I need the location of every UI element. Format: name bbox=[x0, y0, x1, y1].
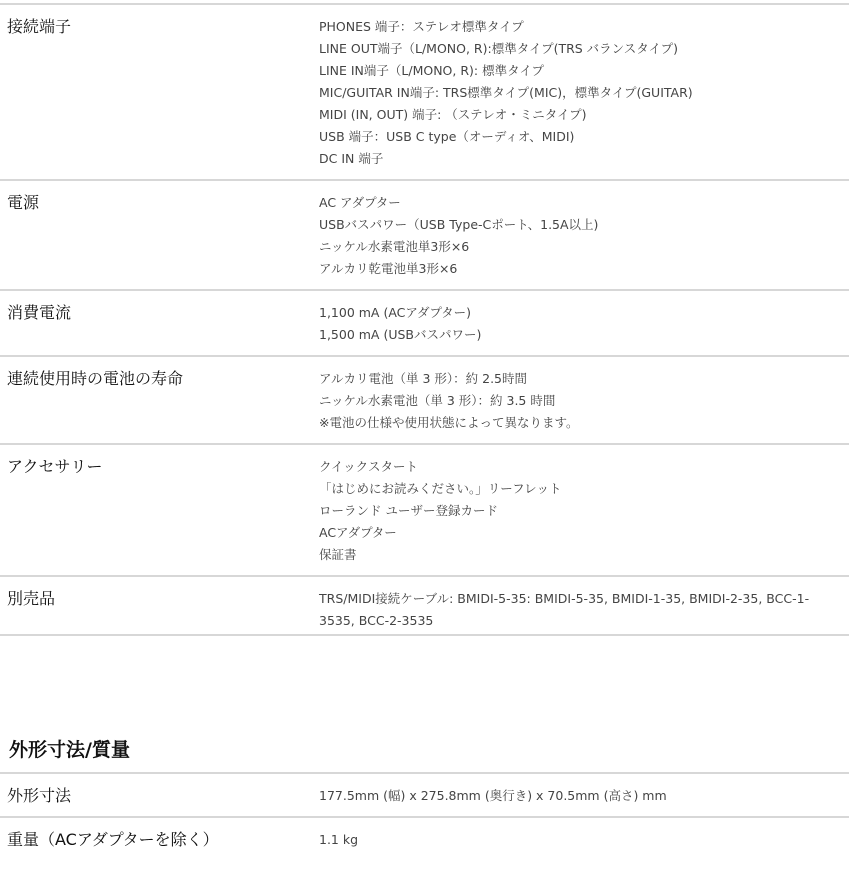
spec-value: ニッケル水素電池（単 3 形）：約 3.5 時間 bbox=[319, 390, 839, 412]
spec-row-current: 消費電流 1,100 mA (ACアダプター) 1,500 mA (USBバスパ… bbox=[0, 289, 849, 355]
spec-value: ACアダプター bbox=[319, 522, 839, 544]
spec-values: PHONES 端子：ステレオ標準タイプ LINE OUT端子（L/MONO, R… bbox=[319, 16, 839, 170]
spec-value: TRS/MIDI接続ケーブル: BMIDI-5-35: BMIDI-5-35, … bbox=[319, 588, 839, 632]
spec-value: DC IN 端子 bbox=[319, 148, 839, 170]
spec-values: 177.5mm (幅) x 275.8mm (奥行き) x 70.5mm (高さ… bbox=[319, 785, 839, 807]
spec-values: AC アダプター USBバスパワー（USB Type-Cポート、1.5A以上) … bbox=[319, 192, 839, 280]
spec-values: アルカリ電池（単 3 形）：約 2.5時間 ニッケル水素電池（単 3 形）：約 … bbox=[319, 368, 839, 434]
spec-value: アルカリ電池（単 3 形）：約 2.5時間 bbox=[319, 368, 839, 390]
spec-label: 外形寸法 bbox=[7, 785, 71, 807]
spec-row-dimensions: 外形寸法 177.5mm (幅) x 275.8mm (奥行き) x 70.5m… bbox=[0, 772, 849, 816]
spec-value: ローランド ユーザー登録カード bbox=[319, 500, 839, 522]
spec-value: 1.1 kg bbox=[319, 829, 839, 851]
spec-value: LINE IN端子（L/MONO, R): 標準タイプ bbox=[319, 60, 839, 82]
spec-values: 1,100 mA (ACアダプター) 1,500 mA (USBバスパワー) bbox=[319, 302, 839, 346]
spec-row-weight: 重量（ACアダプターを除く） 1.1 kg bbox=[0, 816, 849, 866]
spec-label: 接続端子 bbox=[7, 16, 71, 38]
spec-value: 「はじめにお読みください。」リーフレット bbox=[319, 478, 839, 500]
spec-values: TRS/MIDI接続ケーブル: BMIDI-5-35: BMIDI-5-35, … bbox=[319, 588, 839, 632]
spec-value: クイックスタート bbox=[319, 456, 839, 478]
section-title-dimensions: 外形寸法/質量 bbox=[9, 735, 130, 762]
spec-value: PHONES 端子：ステレオ標準タイプ bbox=[319, 16, 839, 38]
spec-label: 別売品 bbox=[7, 588, 55, 610]
spec-value: AC アダプター bbox=[319, 192, 839, 214]
spec-label: 消費電流 bbox=[7, 302, 71, 324]
spec-value: USBバスパワー（USB Type-Cポート、1.5A以上) bbox=[319, 214, 839, 236]
spec-row-battery-life: 連続使用時の電池の寿命 アルカリ電池（単 3 形）：約 2.5時間 ニッケル水素… bbox=[0, 355, 849, 443]
spec-label: 電源 bbox=[7, 192, 39, 214]
spec-value: USB 端子：USB C type（オーディオ、MIDI) bbox=[319, 126, 839, 148]
spec-value: 1,500 mA (USBバスパワー) bbox=[319, 324, 839, 346]
spec-value: アルカリ乾電池単3形×6 bbox=[319, 258, 839, 280]
spec-label: 重量（ACアダプターを除く） bbox=[7, 829, 219, 851]
spec-value: MIDI (IN, OUT) 端子: （ステレオ・ミニタイプ) bbox=[319, 104, 839, 126]
spec-value: 保証書 bbox=[319, 544, 839, 566]
spec-value: LINE OUT端子（L/MONO, R):標準タイプ(TRS バランスタイプ) bbox=[319, 38, 839, 60]
spec-label: アクセサリー bbox=[7, 456, 103, 478]
spec-row-options: 別売品 TRS/MIDI接続ケーブル: BMIDI-5-35: BMIDI-5-… bbox=[0, 575, 849, 636]
spec-values: 1.1 kg bbox=[319, 829, 839, 851]
spec-row-connectors: 接続端子 PHONES 端子：ステレオ標準タイプ LINE OUT端子（L/MO… bbox=[0, 3, 849, 179]
spec-value: ニッケル水素電池単3形×6 bbox=[319, 236, 839, 258]
spec-row-power: 電源 AC アダプター USBバスパワー（USB Type-Cポート、1.5A以… bbox=[0, 179, 849, 289]
spec-value: MIC/GUITAR IN端子: TRS標準タイプ(MIC)，標準タイプ(GUI… bbox=[319, 82, 839, 104]
spec-value: 1,100 mA (ACアダプター) bbox=[319, 302, 839, 324]
spec-value: 177.5mm (幅) x 275.8mm (奥行き) x 70.5mm (高さ… bbox=[319, 785, 839, 807]
spec-value: ※電池の仕様や使用状態によって異なります。 bbox=[319, 412, 839, 434]
spec-row-accessories: アクセサリー クイックスタート 「はじめにお読みください。」リーフレット ローラ… bbox=[0, 443, 849, 575]
spec-label: 連続使用時の電池の寿命 bbox=[7, 368, 183, 390]
spec-values: クイックスタート 「はじめにお読みください。」リーフレット ローランド ユーザー… bbox=[319, 456, 839, 566]
